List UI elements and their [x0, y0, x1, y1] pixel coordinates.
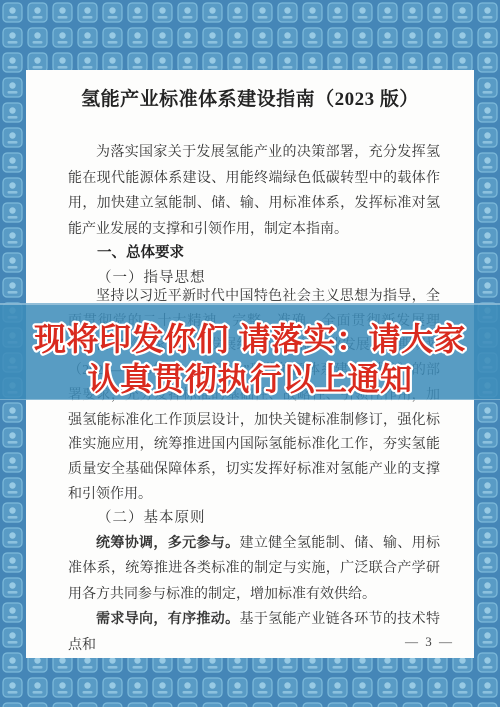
overlay-caption-line1: 现将印发你们 请落实：请大家	[34, 321, 466, 357]
principle2-paragraph: 需求导向，有序推动。基于氢能产业链各环节的技术特点和	[68, 607, 440, 658]
overlay-caption-line2: 认真贯彻执行以上通知	[87, 361, 412, 397]
principle1-lead: 统筹协调，多元参与。	[96, 536, 239, 551]
overlay-caption: 现将印发你们 请落实：请大家 认真贯彻执行以上通知	[0, 301, 500, 401]
subsection-heading-guiding: （一）指导思想	[68, 266, 440, 287]
principle2-lead: 需求导向，有序推动。	[96, 612, 239, 627]
page-number: — 3 —	[405, 634, 454, 650]
document-title: 氢能产业标准体系建设指南（2023 版）	[0, 84, 500, 111]
principle1-paragraph: 统筹协调，多元参与。建立健全氢能制、储、输、用标准体系，统筹推进各类标准的制定与…	[68, 531, 440, 607]
subsection-heading-principles: （二）基本原则	[68, 506, 440, 527]
scanned-notice-page: 氢能产业标准体系建设指南（2023 版） 为落实国家关于发展氢能产业的决策部署，…	[0, 0, 500, 707]
section-heading-overall: 一、总体要求	[68, 241, 440, 262]
intro-paragraph: 为落实国家关于发展氢能产业的决策部署，充分发挥氢能在现代能源体系建设、用能终端绿…	[68, 140, 440, 242]
